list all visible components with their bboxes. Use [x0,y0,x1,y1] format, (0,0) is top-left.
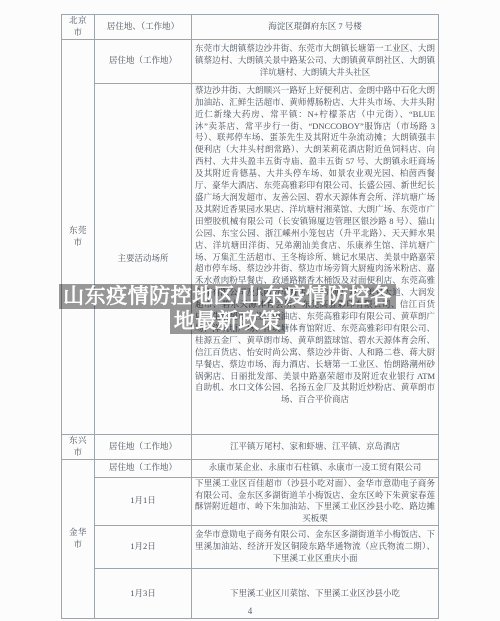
date-cell-jan1: 1月1日 [95,477,192,526]
city-cell-jinhua: 金华市 [62,459,95,619]
content-cell: 下里溪工业区百佳超市（沙县小吃对面）、金华市意勋电子商务有限公司、金东区多湖街道… [192,477,439,526]
label-cell-residence: 居住地（工作地） [95,434,192,459]
table-row: 1月1日 下里溪工业区百佳超市（沙县小吃对面）、金华市意勋电子商务有限公司、金东… [62,477,439,526]
city-cell-dongxing: 东兴市 [62,434,95,459]
table-row: 东莞市 居住地（工作地） 东莞市大朗镇蔡边沙井街、东莞市大朗镇长塘第一工业区、大… [62,39,439,83]
main-activity-text: 蔡边沙井街、大朗顺兴一路好上好便利店、金朗中路中石化大朗加油站、汇鲜生活超市、黄… [195,85,435,433]
overlay-headline: 山东疫情防控地区/山东疫情防控各 地最新政策 [55,284,400,334]
table-row: 东兴市 居住地（工作地） 江平镇万尾村、家和虾塘、江平镇、京岛酒店 [62,434,439,459]
label-cell-residence: 居住地、（工作地） [95,15,192,40]
city-cell-dongguan: 东莞市 [62,39,95,434]
label-cell-residence: 居住地（工作地） [95,459,192,477]
document-page: 北京市 居住地、（工作地） 海淀区琨御府东区 7 号楼 东莞市 居住地（工作地）… [0,0,500,621]
content-cell: 江平镇万尾村、家和虾塘、江平镇、京岛酒店 [192,434,439,459]
page-number: 4 [0,606,500,616]
table-row: 金华市 居住地（工作地） 永康市某企业、永康市石柱镇、永康市一凌工贸有限公司 [62,459,439,477]
content-cell: 金华市意勋电子商务有限公司、金东区多湖街道羊小梅饭店、下里溪加油站、经济开发区铜… [192,526,439,569]
table-row: 1月2日 金华市意勋电子商务有限公司、金东区多湖街道羊小梅饭店、下里溪加油站、经… [62,526,439,569]
date-cell-jan2: 1月2日 [95,526,192,569]
label-cell-main-activity: 主要活动场所 [95,83,192,434]
city-cell-beijing: 北京市 [62,15,95,40]
overlay-headline-line2: 地最新政策 [170,309,286,334]
content-cell: 海淀区琨御府东区 7 号楼 [192,15,439,40]
table-row: 主要活动场所 蔡边沙井街、大朗顺兴一路好上好便利店、金朗中路中石化大朗加油站、汇… [62,83,439,434]
content-cell: 永康市某企业、永康市石柱镇、永康市一凌工贸有限公司 [192,459,439,477]
label-cell-residence: 居住地（工作地） [95,39,192,83]
overlay-headline-line1: 山东疫情防控地区/山东疫情防控各 [59,284,396,309]
content-cell: 东莞市大朗镇蔡边沙井街、东莞市大朗镇长塘第一工业区、大朗镇蔡边村、大朗镇关景中路… [192,39,439,83]
content-cell-main-activity: 蔡边沙井街、大朗顺兴一路好上好便利店、金朗中路中石化大朗加油站、汇鲜生活超市、黄… [192,83,439,434]
table-row: 北京市 居住地、（工作地） 海淀区琨御府东区 7 号楼 [62,15,439,40]
